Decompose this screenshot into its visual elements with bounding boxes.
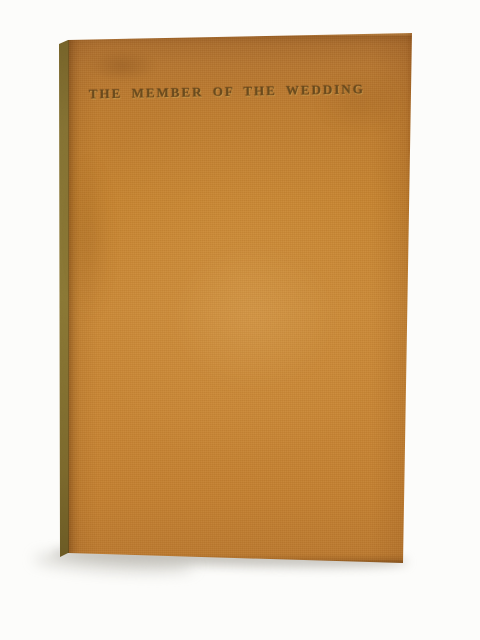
book-hinge-shading [68, 33, 80, 564]
cover-worn-highlight [169, 243, 339, 393]
book-title: THE MEMBER OF THE WEDDING [89, 83, 359, 102]
cover-wear-smudge [87, 51, 157, 81]
cover-top-edge-shading [59, 33, 413, 45]
book-cover: THE MEMBER OF THE WEDDING [59, 33, 413, 564]
cloth-texture-overlay [59, 33, 413, 564]
cover-right-edge-shading [406, 33, 413, 564]
photo-background: THE MEMBER OF THE WEDDING [0, 0, 480, 640]
